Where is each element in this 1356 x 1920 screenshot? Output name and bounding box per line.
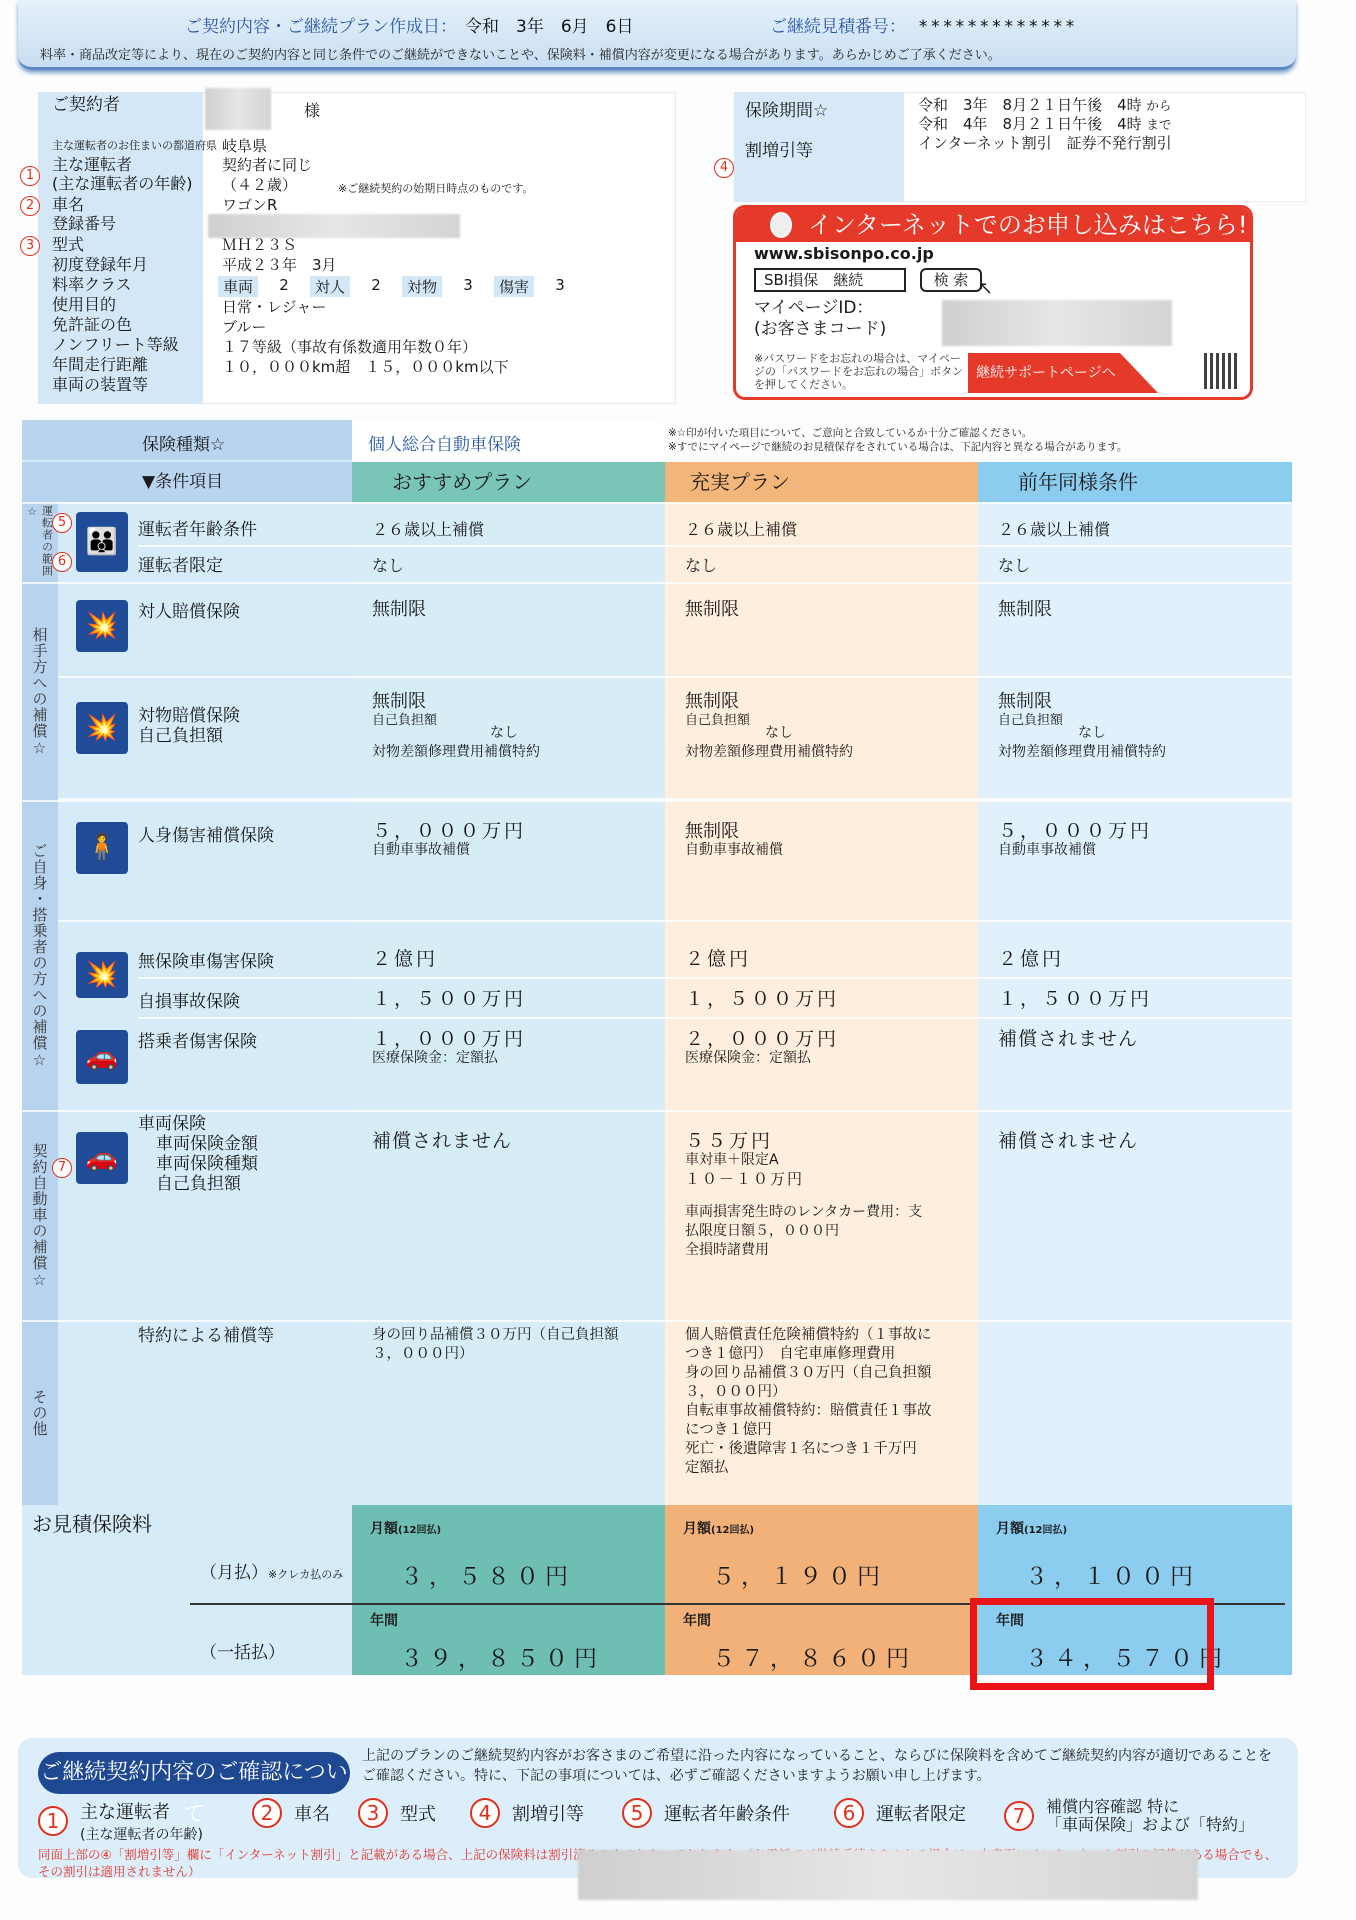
rate-class-property-label: 対物 xyxy=(402,276,442,297)
check-num-5: 5 xyxy=(622,1798,652,1828)
monthly-label: （月払）※クレカ払のみ xyxy=(200,1558,343,1583)
plan1-driver-limit: なし xyxy=(372,556,404,575)
plan3-monthly: ３，１００円 xyxy=(1025,1558,1199,1591)
plan1-passenger-value: １，０００万円 xyxy=(372,1028,526,1050)
password-note: ※パスワードをお忘れの場合は、マイページの「パスワードをお忘れの場合」ボタンを押… xyxy=(754,352,964,391)
table-note-1: ※☆印が付いた項目について、ご意向と合致しているか十分ご確認ください。 xyxy=(668,426,1127,440)
rate-class-vehicle-label: 車両 xyxy=(218,276,258,297)
cursor-icon: ↖ xyxy=(978,278,993,299)
period-to: 令和 4年 8月２１日午後 4時 xyxy=(918,115,1142,133)
check-item-6: 6運転者限定 xyxy=(834,1798,966,1828)
row-label-property: 対物賠償保険 自己負担額 xyxy=(138,706,240,746)
info-value-grade: １７等級（事故有係数適用年数０年） xyxy=(222,338,477,356)
mouse-icon xyxy=(770,212,792,238)
check-sub-7: 「車両保険」および「特約」 xyxy=(1046,1816,1254,1834)
check-num-2: 2 xyxy=(252,1798,282,1828)
plan1-passenger-sub: 医療保険金：定額払 xyxy=(372,1049,526,1068)
plan3-bodily: 無制限 xyxy=(998,600,1052,619)
plan2-rider-line7: 死亡・後遺障害１名につき１千万円 xyxy=(685,1440,932,1459)
info-value-driver: 契約者に同じ xyxy=(222,156,312,174)
plan1-personal-sub: 自動車事故補償 xyxy=(372,841,526,860)
row-label-bodily: 対人賠償保険 xyxy=(138,602,240,622)
plan1-personal: ５，０００万円自動車事故補償 xyxy=(372,822,526,860)
plan3-property-rider: 対物差額修理費用補償特約 xyxy=(998,743,1166,762)
confirmation-title: ご継続契約内容のご確認について xyxy=(38,1752,350,1794)
plan1-rider-line1: 身の回り品補償３０万円（自己負担額 xyxy=(372,1326,619,1345)
plan2-vehicle-amount: ５５万円 xyxy=(685,1132,922,1151)
check-num-4: 4 xyxy=(470,1798,500,1828)
plan2-rider-line3: 身の回り品補償３０万円（自己負担額 xyxy=(685,1364,932,1383)
rate-class-injury-label: 傷害 xyxy=(494,276,534,297)
plan2-passenger: ２，０００万円医療保険金：定額払 xyxy=(685,1030,839,1068)
check-label-6: 運転者限定 xyxy=(876,1800,966,1826)
insurance-kind-value: 個人総合自動車保険 xyxy=(368,430,521,455)
check-label-2: 車名 xyxy=(294,1800,330,1826)
support-page-link[interactable]: 継続サポートページへ xyxy=(968,353,1158,393)
check-num-3: 3 xyxy=(358,1798,388,1828)
plan2-driver-age: ２６歳以上補償 xyxy=(685,520,797,539)
confirmation-text: 上記のプランのご継続契約内容がお客さまのご希望に沿った内容になっていること、なら… xyxy=(362,1746,1282,1786)
premium-title: お見積保険料 xyxy=(32,1508,152,1537)
age-note: ※ご継続契約の始期日時点のものです。 xyxy=(338,180,533,196)
plan2-monthly-head: 月額(12回払) xyxy=(683,1518,754,1538)
plan2-rental-line2: 払限度日額５，０００円 xyxy=(685,1222,922,1241)
plan1-riders: 身の回り品補償３０万円（自己負担額 ３，０００円） xyxy=(372,1326,619,1364)
plan2-rider-line4: ３，０００円） xyxy=(685,1383,932,1402)
plan3-property-value: 無制限 xyxy=(998,692,1166,711)
plan2-monthly-head-note: (12回払) xyxy=(711,1525,754,1536)
plan1-monthly: ３，５８０円 xyxy=(400,1558,574,1591)
property-accident-icon: 💥 xyxy=(76,702,128,754)
plan1-property: 無制限 自己負担額 なし 対物差額修理費用補償特約 xyxy=(372,692,540,762)
period-to-suffix: まで xyxy=(1146,117,1171,132)
plan3-driver-limit: なし xyxy=(998,556,1030,575)
period-label: 保険期間☆ xyxy=(745,96,828,121)
rate-class-vehicle: 2 xyxy=(258,276,310,297)
discount-value: インターネット割引 証券不発行割引 xyxy=(918,134,1172,153)
info-label-license-color: 免許証の色 xyxy=(52,316,132,334)
row-label-driver-limit: 運転者限定 xyxy=(138,556,223,576)
rate-class-values: 車両2 対人2 対物3 傷害3 xyxy=(218,276,586,297)
info-value-car-name: ワゴンR xyxy=(222,196,277,214)
mypage-id-label: マイページID： (お客さまコード) xyxy=(754,298,886,340)
injured-person-icon: 🧍 xyxy=(76,822,128,874)
check-label-4: 割増引等 xyxy=(512,1800,584,1826)
plan2-rider-line1: 個人賠償責任危険補償特約（１事故に xyxy=(685,1326,932,1345)
monthly-label-text: （月払） xyxy=(200,1563,268,1583)
plan3-vehicle: 補償されません xyxy=(998,1132,1138,1151)
rate-class-injury: 3 xyxy=(534,276,586,297)
plan3-personal-value: ５，０００万円 xyxy=(998,820,1152,842)
created-label: ご契約内容・ご継続プラン作成日： xyxy=(185,17,457,37)
row-label-uninsured: 無保険車傷害保険 xyxy=(138,952,274,972)
search-button[interactable]: 検 索 xyxy=(920,268,982,292)
info-label-model: 型式 xyxy=(52,236,84,254)
plan2-passenger-sub: 医療保険金：定額払 xyxy=(685,1049,839,1068)
info-value-mileage: １０，０００km超 １５，０００km以下 xyxy=(222,358,509,376)
plan2-uninsured: ２億円 xyxy=(685,950,751,969)
lump-label: （一括払） xyxy=(200,1638,285,1663)
quote-number-label: ご継続見積番号： xyxy=(770,17,906,37)
check-num-7: 7 xyxy=(1004,1801,1034,1831)
vehicle-car-icon: 🚗 xyxy=(76,1132,128,1184)
plan1-property-value: 無制限 xyxy=(372,692,540,711)
section-third-party: 相手方への補償☆ xyxy=(24,585,56,800)
vehicle-deductible-label: 自己負担額 xyxy=(138,1174,258,1194)
plan3-passenger: 補償されません xyxy=(998,1030,1138,1049)
section-self-passenger: ご自身・搭乗者の方への補償☆ xyxy=(24,803,56,1109)
table-notes: ※☆印が付いた項目について、ご意向と合致しているか十分ご確認ください。 ※すでに… xyxy=(668,426,1127,454)
plan2-personal-sub: 自動車事故補償 xyxy=(685,841,783,860)
header-notice: 料率・商品改定等により、現在のご契約内容と同じ条件でのご継続ができないことや、保… xyxy=(40,44,1001,63)
row-label-passenger: 搭乗者傷害保険 xyxy=(138,1032,257,1052)
plan3-self-accident: １，５００万円 xyxy=(998,990,1152,1009)
plan1-property-rider: 対物差額修理費用補償特約 xyxy=(372,743,540,762)
plan1-bodily: 無制限 xyxy=(372,600,426,619)
plan1-monthly-head: 月額(12回払) xyxy=(370,1518,441,1538)
condition-label: ▼条件項目 xyxy=(142,462,223,502)
rate-class-property: 3 xyxy=(442,276,494,297)
mypage-id-redacted xyxy=(942,300,1172,346)
plan2-monthly-head-text: 月額 xyxy=(683,1521,711,1537)
discount-label: 割増引等 xyxy=(745,136,813,161)
marker-1: 1 xyxy=(20,166,40,186)
holder-name-redacted xyxy=(205,88,271,130)
mypage-id-text: マイページID： xyxy=(754,298,886,319)
plan1-passenger: １，０００万円医療保険金：定額払 xyxy=(372,1030,526,1068)
plan2-property-value: 無制限 xyxy=(685,692,853,711)
plan3-personal: ５，０００万円自動車事故補償 xyxy=(998,822,1152,860)
check-num-1: 1 xyxy=(38,1806,68,1836)
vehicle-label: 車両保険 xyxy=(138,1114,258,1134)
section-vehicle: 契約自動車の補償☆ xyxy=(24,1113,56,1319)
passenger-car-icon: 🚗 xyxy=(76,1030,128,1084)
info-label-rate-class: 料率クラス xyxy=(52,276,132,294)
plan2-personal-value: 無制限 xyxy=(685,821,739,842)
check-label-5: 運転者年齢条件 xyxy=(664,1800,790,1826)
quote-number: ご継続見積番号：************* xyxy=(770,12,1077,37)
check-num-6: 6 xyxy=(834,1798,864,1828)
bodily-accident-icon: 💥 xyxy=(76,600,128,652)
plan2-passenger-value: ２，０００万円 xyxy=(685,1028,839,1050)
highlight-box xyxy=(970,1598,1214,1690)
plan2-monthly: ５，１９０円 xyxy=(712,1558,886,1591)
info-label-first-reg: 初度登録年月 xyxy=(52,256,148,274)
info-label-car-name: 車名 xyxy=(52,196,84,214)
plan2-total-loss: 全損時諸費用 xyxy=(685,1241,922,1260)
info-label-devices: 車両の装置等 xyxy=(52,376,148,394)
insurance-kind-label: 保険種類☆ xyxy=(142,430,225,455)
search-box[interactable]: SBI損保 継続 xyxy=(754,268,906,292)
plan2-riders: 個人賠償責任危険補償特約（１事故に つき１億円） 自宅車庫修理費用 身の回り品補… xyxy=(685,1326,932,1478)
qr-code-icon[interactable] xyxy=(1204,353,1240,389)
property-deductible-label: 自己負担額 xyxy=(138,726,240,746)
plan2-rider-line2: つき１億円） 自宅車庫修理費用 xyxy=(685,1345,932,1364)
info-label-mileage: 年間走行距離 xyxy=(52,356,148,374)
info-value-license-color: ブルー xyxy=(222,318,266,336)
marker-3: 3 xyxy=(20,236,40,256)
plan2-name: 充実プラン xyxy=(690,462,790,502)
check-item-7: 7補償内容確認 特に「車両保険」および「特約」 xyxy=(1004,1798,1254,1834)
info-label-prefecture: 主な運転者のお住まいの都道府県 xyxy=(52,137,217,155)
reg-number-redacted xyxy=(208,214,460,238)
info-value-driver-age: （４２歳） xyxy=(222,176,297,194)
plan3-uninsured: ２億円 xyxy=(998,950,1064,969)
marker-5: 5 xyxy=(52,513,72,533)
plan3-personal-sub: 自動車事故補償 xyxy=(998,841,1152,860)
info-value-prefecture: 岐阜県 xyxy=(222,137,267,155)
plan2-vehicle-deductible: １０－１０万円 xyxy=(685,1170,922,1189)
plan2-rider-line6: につき１億円 xyxy=(685,1421,932,1440)
plan3-monthly-head-text: 月額 xyxy=(996,1521,1024,1537)
row-label-personal: 人身傷害補償保険 xyxy=(138,826,274,846)
plan2-rental-line1: 車両損害発生時のレンタカー費用：支 xyxy=(685,1203,922,1222)
plan3-property: 無制限 自己負担額 なし 対物差額修理費用補償特約 xyxy=(998,692,1166,762)
monthly-note: ※クレカ払のみ xyxy=(268,1568,343,1581)
plan1-annual: ３９，８５０円 xyxy=(400,1640,603,1673)
row-label-self-accident: 自損事故保険 xyxy=(138,992,240,1012)
redacted-area xyxy=(578,1850,1198,1900)
plan3-monthly-head-note: (12回払) xyxy=(1024,1525,1067,1536)
family-icon: 👪 xyxy=(76,512,128,572)
check-label-1: 主な運転者 xyxy=(80,1802,170,1823)
plan2-self-accident: １，５００万円 xyxy=(685,990,839,1009)
period-values: 令和 3年 8月２１日午後 4時 から 令和 4年 8月２１日午後 4時 まで … xyxy=(918,96,1172,153)
check-item-4: 4割増引等 xyxy=(470,1798,584,1828)
plan3-name: 前年同様条件 xyxy=(1018,462,1138,502)
plan2-rider-line5: 自転車事故補償特約：賠償責任１事故 xyxy=(685,1402,932,1421)
plan1-uninsured: ２億円 xyxy=(372,950,438,969)
plan1-personal-value: ５，０００万円 xyxy=(372,820,526,842)
info-label-driver-age: (主な運転者の年齢) xyxy=(52,175,193,193)
plan2-rider-line8: 定額払 xyxy=(685,1459,932,1478)
plan1-driver-age: ２６歳以上補償 xyxy=(372,520,484,539)
check-item-5: 5運転者年齢条件 xyxy=(622,1798,790,1828)
uninsured-car-icon: 💥 xyxy=(76,952,128,998)
created-value: 令和 3年 6月 6日 xyxy=(465,17,633,37)
check-item-3: 3型式 xyxy=(358,1798,436,1828)
rate-class-bodily-label: 対人 xyxy=(310,276,350,297)
info-label-driver: 主な運転者 xyxy=(52,156,132,174)
created-date: ご契約内容・ご継続プラン作成日：令和 3年 6月 6日 xyxy=(185,12,633,37)
quote-number-value: ************* xyxy=(918,17,1077,37)
period-from: 令和 3年 8月２１日午後 4時 xyxy=(918,96,1142,114)
rate-class-bodily: 2 xyxy=(350,276,402,297)
plan2-vehicle: ５５万円 車対車＋限定A １０－１０万円 車両損害発生時のレンタカー費用：支 払… xyxy=(685,1132,922,1260)
customer-code-text: (お客さまコード) xyxy=(754,319,886,340)
marker-6: 6 xyxy=(52,552,72,572)
marker-4: 4 xyxy=(714,158,734,178)
plan2-annual-head: 年間 xyxy=(683,1610,711,1630)
check-item-2: 2車名 xyxy=(252,1798,330,1828)
property-label: 対物賠償保険 xyxy=(138,706,240,726)
period-from-suffix: から xyxy=(1146,98,1171,113)
info-value-first-reg: 平成２３年 3月 xyxy=(222,256,337,274)
plan1-rider-line2: ３，０００円） xyxy=(372,1345,619,1364)
row-label-vehicle: 車両保険 車両保険金額 車両保険種類 自己負担額 xyxy=(138,1114,258,1194)
check-label-7: 補償内容確認 特に xyxy=(1046,1797,1179,1816)
plan1-self-accident: １，５００万円 xyxy=(372,990,526,1009)
section-driver-scope: 運転者の範囲☆ xyxy=(24,505,56,581)
marker-2: 2 xyxy=(20,196,40,216)
internet-apply-heading: インターネットでのお申し込みはこちら! xyxy=(736,208,1250,242)
check-label-3: 型式 xyxy=(400,1800,436,1826)
plan1-name: おすすめプラン xyxy=(392,462,532,502)
holder-suffix: 様 xyxy=(304,98,320,121)
plan1-monthly-head-text: 月額 xyxy=(370,1521,398,1537)
plan2-vehicle-type: 車対車＋限定A xyxy=(685,1151,922,1170)
table-note-2: ※すでにマイページで継続のお見積保存をされている場合は、下記内容と異なる場合があ… xyxy=(668,440,1127,454)
plan2-property: 無制限 自己負担額 なし 対物差額修理費用補償特約 xyxy=(685,692,853,762)
plan2-driver-limit: なし xyxy=(685,556,717,575)
info-label-grade: ノンフリート等級 xyxy=(52,336,179,354)
plan3-monthly-head: 月額(12回払) xyxy=(996,1518,1067,1538)
plan3-driver-age: ２６歳以上補償 xyxy=(998,520,1110,539)
info-value-model: ＭＨ２３Ｓ xyxy=(222,236,297,254)
holder-label: ご契約者 xyxy=(52,96,120,114)
plan1-monthly-head-note: (12回払) xyxy=(398,1525,441,1536)
plan1-vehicle: 補償されません xyxy=(372,1132,512,1151)
section-other: その他 xyxy=(24,1323,56,1503)
plan2-annual: ５７，８６０円 xyxy=(712,1640,915,1673)
info-label-purpose: 使用目的 xyxy=(52,296,116,314)
check-sub-1: (主な運転者の年齢) xyxy=(80,1824,203,1844)
plan2-personal: 無制限自動車事故補償 xyxy=(685,822,783,860)
marker-7: 7 xyxy=(52,1158,72,1178)
plan2-property-rider: 対物差額修理費用補償特約 xyxy=(685,743,853,762)
vehicle-type-label: 車両保険種類 xyxy=(138,1154,258,1174)
info-value-purpose: 日常・レジャー xyxy=(222,298,326,316)
vehicle-amount-label: 車両保険金額 xyxy=(138,1134,258,1154)
check-item-1: 1主な運転者(主な運転者の年齢) xyxy=(38,1798,203,1844)
plan2-bodily: 無制限 xyxy=(685,600,739,619)
row-label-driver-age: 運転者年齢条件 xyxy=(138,520,257,540)
info-label-reg-number: 登録番号 xyxy=(52,215,116,233)
site-url[interactable]: www.sbisonpo.co.jp xyxy=(754,244,934,263)
row-label-riders: 特約による補償等 xyxy=(138,1326,274,1346)
internet-apply-box: インターネットでのお申し込みはこちら! www.sbisonpo.co.jp S… xyxy=(733,205,1253,400)
plan1-annual-head: 年間 xyxy=(370,1610,398,1630)
